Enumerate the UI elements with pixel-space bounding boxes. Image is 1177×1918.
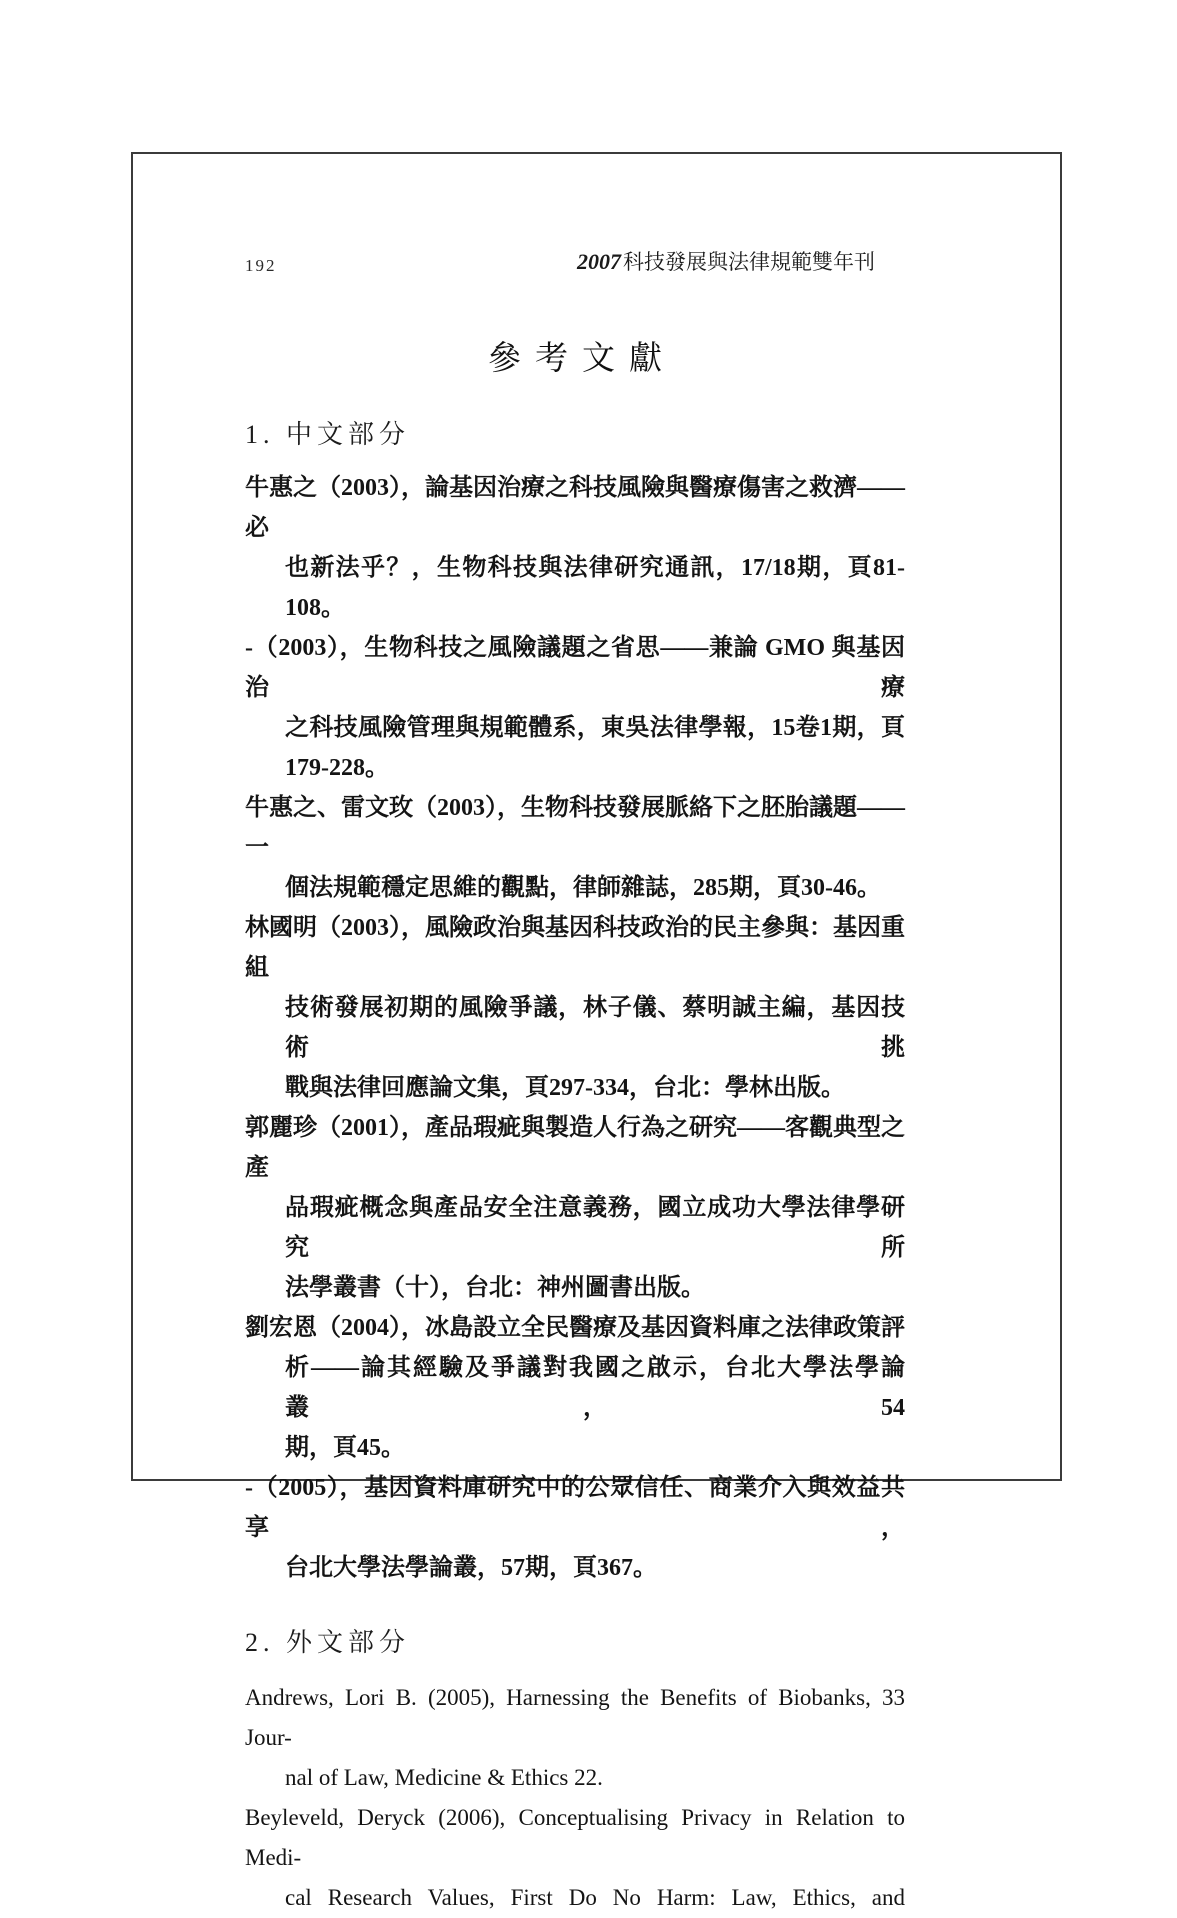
- reference-line: 劉宏恩（2004），冰島設立全民醫療及基因資料庫之法律政策評: [245, 1308, 905, 1348]
- page-frame: 192 2007科技發展與法律規範雙年刊 參考文獻 1. 中文部分 牛惠之（20…: [131, 152, 1062, 1481]
- reference-line: 個法規範穩定思維的觀點，律師雜誌，285期，頁30-46。: [245, 868, 905, 908]
- page-number: 192: [245, 256, 277, 276]
- reference-line: -（2005），基因資料庫研究中的公眾信任、商業介入與效益共享，: [245, 1468, 905, 1548]
- reference-line: 戰與法律回應論文集，頁297-334，台北：學林出版。: [245, 1068, 905, 1108]
- reference-entry: 牛惠之（2003），論基因治療之科技風險與醫療傷害之救濟——必也新法乎？，生物科…: [245, 468, 905, 628]
- journal-header: 2007科技發展與法律規範雙年刊: [577, 246, 905, 276]
- reference-line: 法學叢書（十），台北：神州圖書出版。: [245, 1268, 905, 1308]
- reference-line: 析——論其經驗及爭議對我國之啟示，台北大學法學論叢，54: [245, 1348, 905, 1428]
- reference-entry: -（2005），基因資料庫研究中的公眾信任、商業介入與效益共享，台北大學法學論叢…: [245, 1468, 905, 1588]
- reference-entry: Andrews, Lori B. (2005), Harnessing the …: [245, 1678, 905, 1798]
- reference-line: 郭麗珍（2001），產品瑕疵與製造人行為之研究——客觀典型之產: [245, 1108, 905, 1188]
- section-chinese: 1. 中文部分 牛惠之（2003），論基因治療之科技風險與醫療傷害之救濟——必也…: [245, 414, 905, 1588]
- reference-line: nal of Law, Medicine & Ethics 22.: [245, 1758, 905, 1798]
- reference-entry: 郭麗珍（2001），產品瑕疵與製造人行為之研究——客觀典型之產品瑕疵概念與產品安…: [245, 1108, 905, 1308]
- reference-line: 品瑕疵概念與產品安全注意義務，國立成功大學法律學研究所: [245, 1188, 905, 1268]
- reference-line: cal Research Values, First Do No Harm: L…: [245, 1878, 905, 1918]
- reference-list-chinese: 牛惠之（2003），論基因治療之科技風險與醫療傷害之救濟——必也新法乎？，生物科…: [245, 468, 905, 1588]
- reference-list-foreign: Andrews, Lori B. (2005), Harnessing the …: [245, 1678, 905, 1918]
- section-foreign: 2. 外文部分 Andrews, Lori B. (2005), Harness…: [245, 1622, 905, 1918]
- scanned-page: { "page": { "page_number": "192", "heade…: [0, 0, 1177, 1664]
- references-title: 參考文獻: [245, 338, 905, 380]
- reference-line: 期，頁45。: [245, 1428, 905, 1468]
- reference-line: 牛惠之（2003），論基因治療之科技風險與醫療傷害之救濟——必: [245, 468, 905, 548]
- reference-line: 之科技風險管理與規範體系，東吳法律學報，15卷1期，頁: [245, 708, 905, 748]
- section-heading-chinese: 1. 中文部分: [245, 414, 905, 456]
- running-header: 192 2007科技發展與法律規範雙年刊: [245, 246, 905, 276]
- reference-line: 台北大學法學論叢，57期，頁367。: [245, 1548, 905, 1588]
- reference-entry: -（2003），生物科技之風險議題之省思——兼論 GMO 與基因治療之科技風險管…: [245, 628, 905, 788]
- page-content: 192 2007科技發展與法律規範雙年刊 參考文獻 1. 中文部分 牛惠之（20…: [133, 246, 1060, 1918]
- reference-line: Andrews, Lori B. (2005), Harnessing the …: [245, 1678, 905, 1758]
- reference-entry: 牛惠之、雷文玫（2003），生物科技發展脈絡下之胚胎議題——一個法規範穩定思維的…: [245, 788, 905, 908]
- journal-year: 2007: [577, 249, 621, 274]
- reference-line: 技術發展初期的風險爭議，林子儀、蔡明誠主編，基因技術挑: [245, 988, 905, 1068]
- section-heading-foreign: 2. 外文部分: [245, 1622, 905, 1664]
- journal-title: 科技發展與法律規範雙年刊: [623, 250, 875, 274]
- reference-line: 179-228。: [245, 748, 905, 788]
- reference-line: 牛惠之、雷文玫（2003），生物科技發展脈絡下之胚胎議題——一: [245, 788, 905, 868]
- reference-line: -（2003），生物科技之風險議題之省思——兼論 GMO 與基因治療: [245, 628, 905, 708]
- reference-entry: Beyleveld, Deryck (2006), Conceptualisin…: [245, 1798, 905, 1918]
- reference-entry: 林國明（2003），風險政治與基因科技政治的民主參與：基因重組技術發展初期的風險…: [245, 908, 905, 1108]
- reference-line: 也新法乎？，生物科技與法律研究通訊，17/18期，頁81-108。: [245, 548, 905, 628]
- reference-entry: 劉宏恩（2004），冰島設立全民醫療及基因資料庫之法律政策評析——論其經驗及爭議…: [245, 1308, 905, 1468]
- reference-line: Beyleveld, Deryck (2006), Conceptualisin…: [245, 1798, 905, 1878]
- reference-line: 林國明（2003），風險政治與基因科技政治的民主參與：基因重組: [245, 908, 905, 988]
